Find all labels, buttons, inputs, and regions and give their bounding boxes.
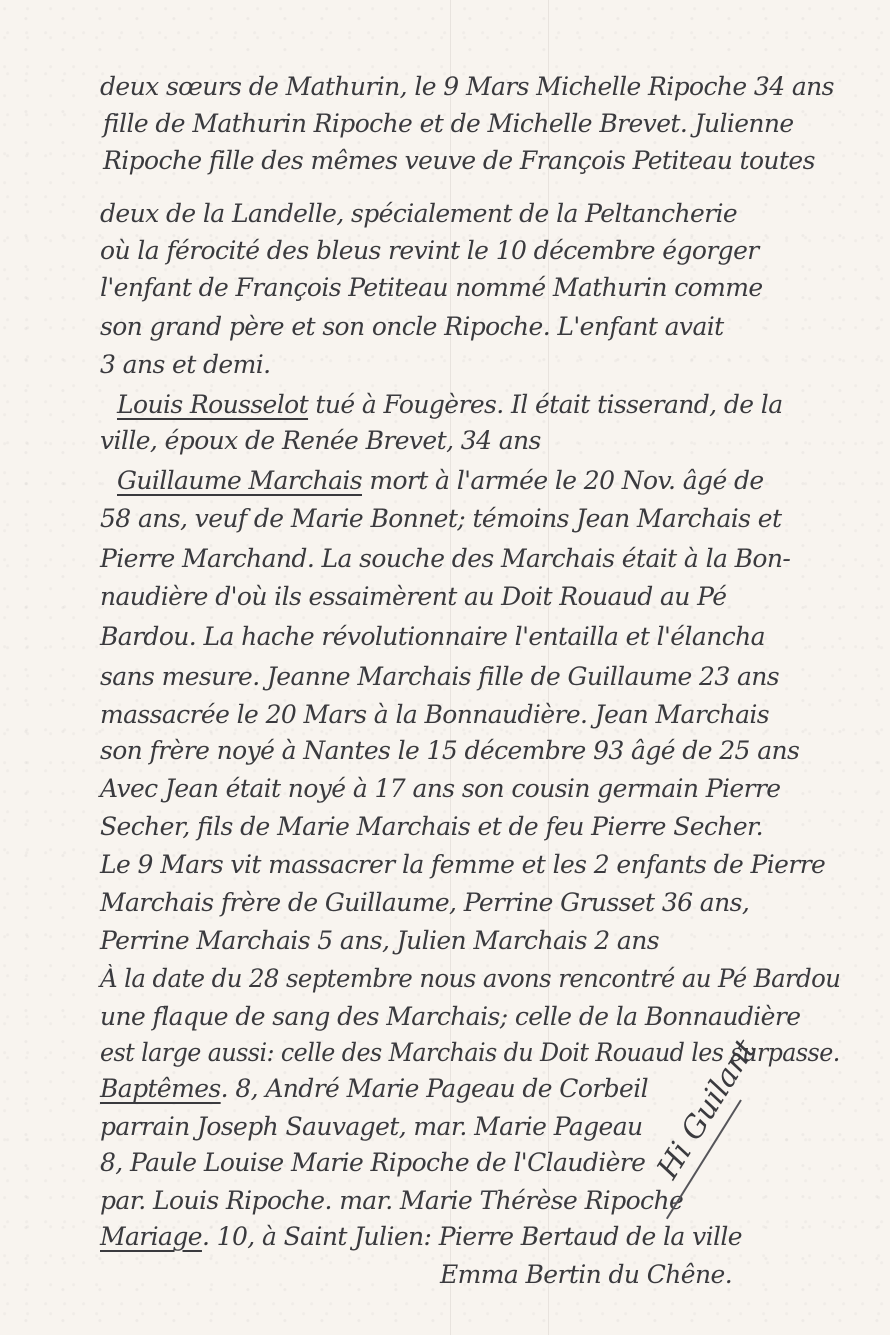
text-line: Mariage. 10, à Saint Julien: Pierre Bert… <box>100 1222 742 1252</box>
line-text: 58 ans, veuf de Marie Bonnet; témoins Je… <box>100 504 781 533</box>
text-line: Pierre Marchand. La souche des Marchais … <box>100 544 790 574</box>
line-text: ville, époux de Renée Brevet, 34 ans <box>100 426 541 455</box>
text-line: son frère noyé à Nantes le 15 décembre 9… <box>100 736 799 766</box>
line-text: Bardou. La hache révolutionnaire l'entai… <box>100 622 765 651</box>
text-line: Baptêmes. 8, André Marie Pageau de Corbe… <box>100 1074 648 1104</box>
text-line: À la date du 28 septembre nous avons ren… <box>100 964 840 994</box>
line-text: son frère noyé à Nantes le 15 décembre 9… <box>100 736 799 765</box>
text-line: 8, Paule Louise Marie Ripoche de l'Claud… <box>100 1148 645 1178</box>
line-text: Perrine Marchais 5 ans, Julien Marchais … <box>100 926 659 955</box>
line-text: . 8, André Marie Pageau de Corbeil <box>221 1074 648 1103</box>
scanned-page: deux sœurs de Mathurin, le 9 Mars Michel… <box>0 0 890 1335</box>
text-line: Emma Bertin du Chêne. <box>440 1260 732 1290</box>
line-text: Secher, fils de Marie Marchais et de feu… <box>100 812 763 841</box>
line-text: fille de Mathurin Ripoche et de Michelle… <box>103 109 794 138</box>
line-text: où la férocité des bleus revint le 10 dé… <box>100 236 759 265</box>
text-line: parrain Joseph Sauvaget, mar. Marie Page… <box>100 1112 643 1142</box>
text-line: Louis Rousselot tué à Fougères. Il était… <box>117 390 783 420</box>
line-text: deux de la Landelle, spécialement de la … <box>100 199 737 228</box>
text-line: deux sœurs de Mathurin, le 9 Mars Michel… <box>100 72 834 102</box>
text-line: massacrée le 20 Mars à la Bonnaudière. J… <box>100 700 769 730</box>
line-text: 3 ans et demi. <box>100 350 270 379</box>
text-line: sans mesure. Jeanne Marchais fille de Gu… <box>100 662 779 692</box>
text-line: son grand père et son oncle Ripoche. L'e… <box>100 312 724 342</box>
text-line: Avec Jean était noyé à 17 ans son cousin… <box>100 774 781 804</box>
line-text: Marchais frère de Guillaume, Perrine Gru… <box>100 888 749 917</box>
text-line: 58 ans, veuf de Marie Bonnet; témoins Je… <box>100 504 781 534</box>
text-line: deux de la Landelle, spécialement de la … <box>100 199 737 229</box>
line-text: Le 9 Mars vit massacrer la femme et les … <box>100 850 825 879</box>
line-text: Ripoche fille des mêmes veuve de Françoi… <box>103 146 815 175</box>
text-line: une flaque de sang des Marchais; celle d… <box>100 1002 800 1032</box>
line-text: mort à l'armée le 20 Nov. âgé de <box>362 466 764 495</box>
text-line: l'enfant de François Petiteau nommé Math… <box>100 273 763 303</box>
underlined-name: Guillaume Marchais <box>117 466 362 495</box>
line-text: son grand père et son oncle Ripoche. L'e… <box>100 312 724 341</box>
line-text: Avec Jean était noyé à 17 ans son cousin… <box>100 774 781 803</box>
text-line: 3 ans et demi. <box>100 350 270 380</box>
text-line: où la férocité des bleus revint le 10 dé… <box>100 236 759 266</box>
line-text: naudière d'où ils essaimèrent au Doit Ro… <box>100 582 726 611</box>
line-text: sans mesure. Jeanne Marchais fille de Gu… <box>100 662 779 691</box>
text-line: par. Louis Ripoche. mar. Marie Thérèse R… <box>100 1186 683 1216</box>
line-text: tué à Fougères. Il était tisserand, de l… <box>308 390 782 419</box>
underlined-name: Louis Rousselot <box>117 390 308 419</box>
line-text: par. Louis Ripoche. mar. Marie Thérèse R… <box>100 1186 683 1215</box>
line-text: parrain Joseph Sauvaget, mar. Marie Page… <box>100 1112 643 1141</box>
section-heading-mariage: Mariage <box>100 1222 202 1251</box>
text-line: Ripoche fille des mêmes veuve de Françoi… <box>103 146 815 176</box>
line-text: 8, Paule Louise Marie Ripoche de l'Claud… <box>100 1148 645 1177</box>
section-heading-baptemes: Baptêmes <box>100 1074 221 1103</box>
text-line: naudière d'où ils essaimèrent au Doit Ro… <box>100 582 726 612</box>
line-text: Pierre Marchand. La souche des Marchais … <box>100 544 790 573</box>
text-line: Bardou. La hache révolutionnaire l'entai… <box>100 622 765 652</box>
text-line: Perrine Marchais 5 ans, Julien Marchais … <box>100 926 659 956</box>
text-line: fille de Mathurin Ripoche et de Michelle… <box>103 109 794 139</box>
line-text: une flaque de sang des Marchais; celle d… <box>100 1002 800 1031</box>
text-line: Guillaume Marchais mort à l'armée le 20 … <box>117 466 764 496</box>
text-line: ville, époux de Renée Brevet, 34 ans <box>100 426 541 456</box>
line-text: À la date du 28 septembre nous avons ren… <box>100 964 840 993</box>
text-line: Le 9 Mars vit massacrer la femme et les … <box>100 850 825 880</box>
line-text: Emma Bertin du Chêne. <box>440 1260 732 1289</box>
text-line: Marchais frère de Guillaume, Perrine Gru… <box>100 888 749 918</box>
text-line: Secher, fils de Marie Marchais et de feu… <box>100 812 763 842</box>
line-text: massacrée le 20 Mars à la Bonnaudière. J… <box>100 700 769 729</box>
line-text: deux sœurs de Mathurin, le 9 Mars Michel… <box>100 72 834 101</box>
line-text: l'enfant de François Petiteau nommé Math… <box>100 273 763 302</box>
line-text: . 10, à Saint Julien: Pierre Bertaud de … <box>202 1222 742 1251</box>
